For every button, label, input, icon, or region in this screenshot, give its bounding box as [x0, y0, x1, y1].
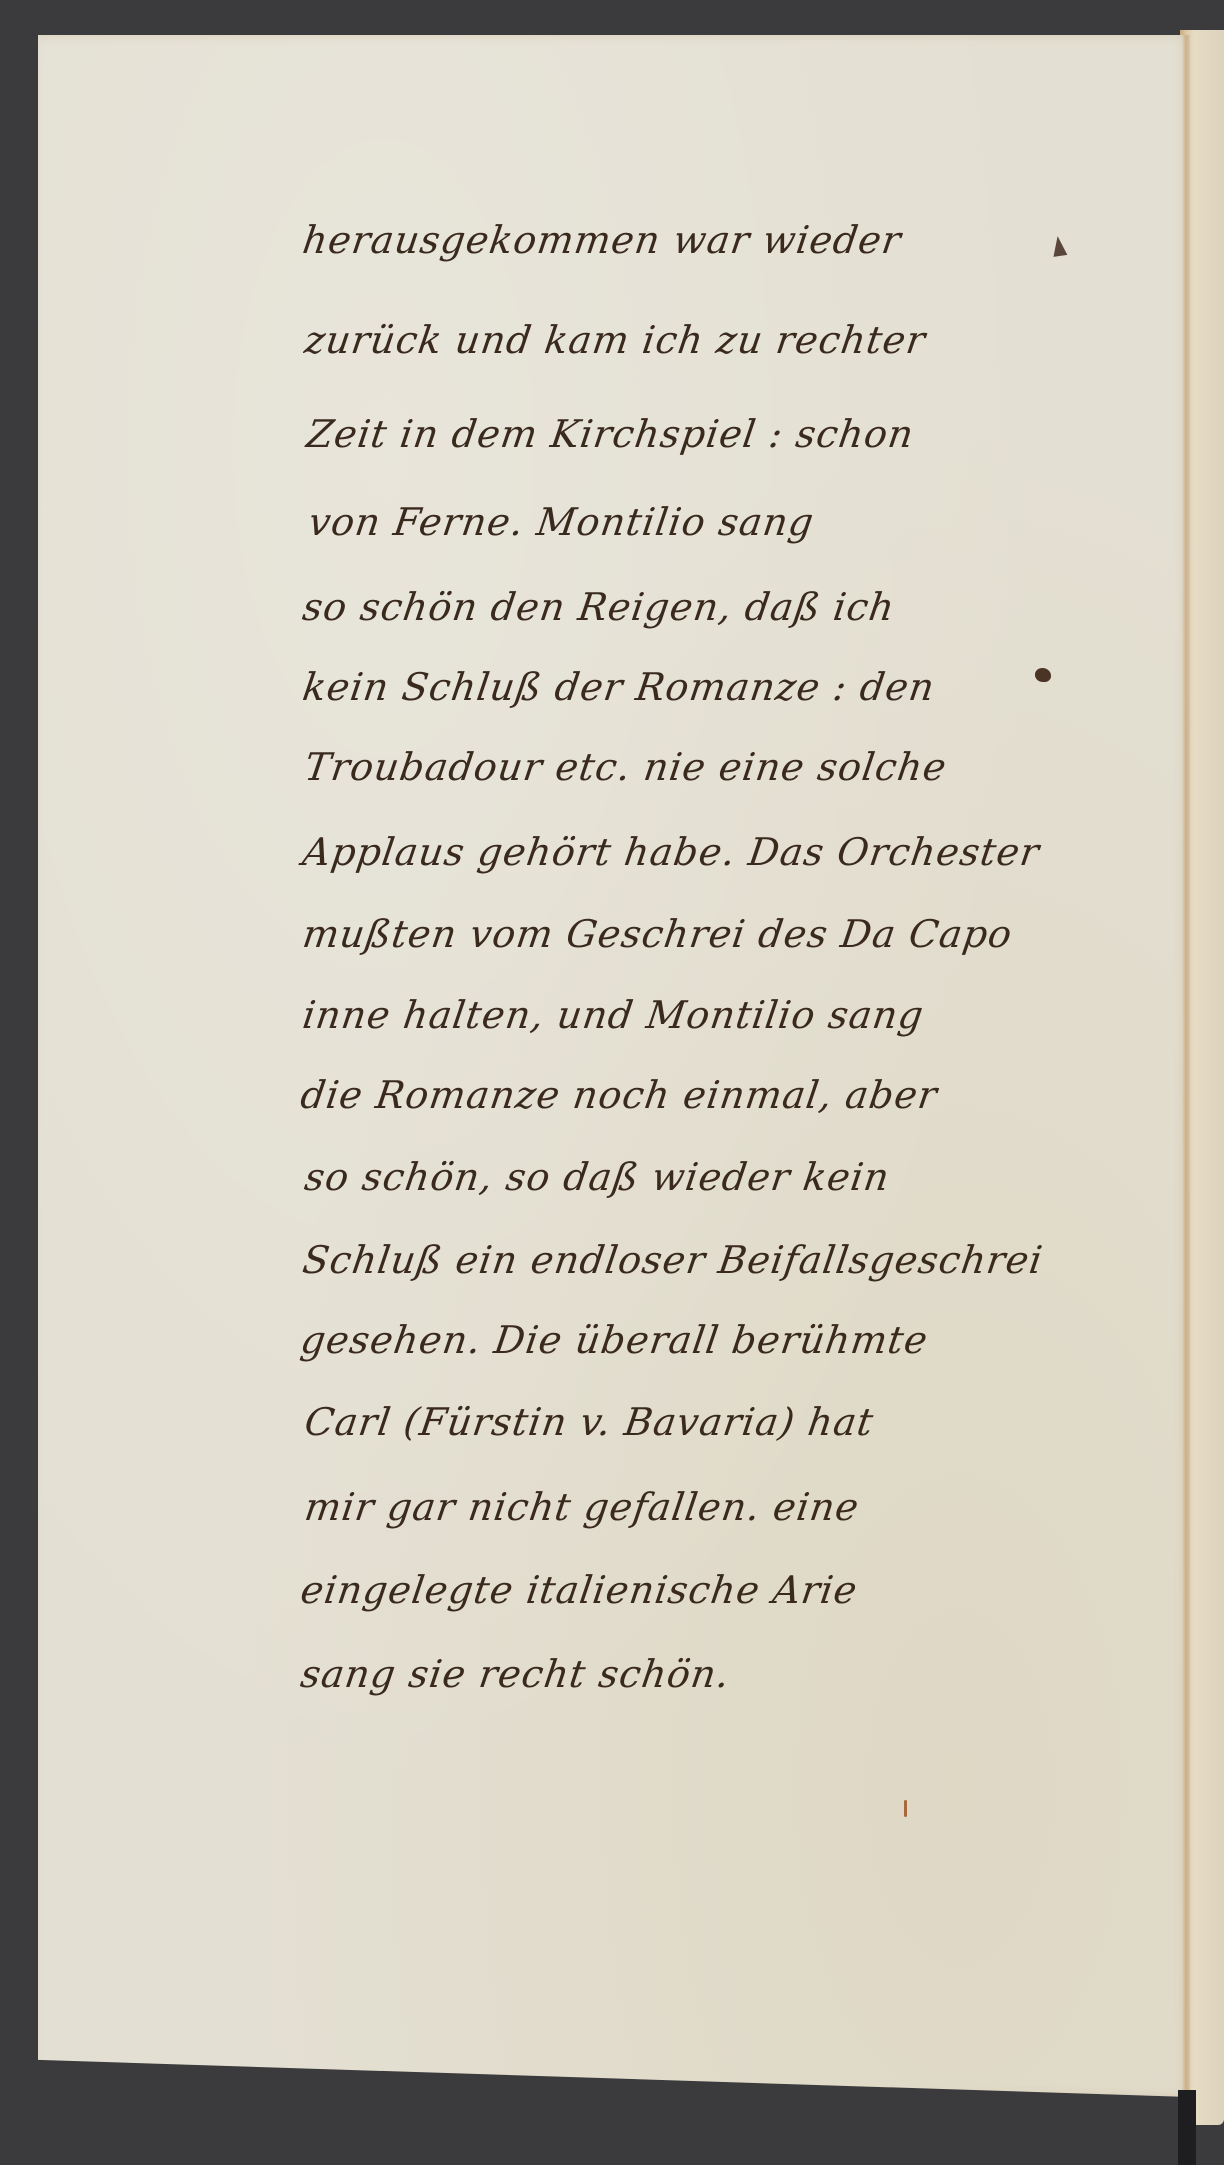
binding-edge — [1182, 35, 1190, 2097]
spine-shadow — [1178, 2090, 1196, 2165]
text-line-5: so schön den Reigen, daß ich — [300, 585, 898, 629]
text-line-7: Troubadour etc. nie eine solche — [302, 745, 950, 789]
text-line-12: so schön, so daß wieder kein — [302, 1155, 893, 1199]
text-line-8: Applaus gehört habe. Das Orchester — [300, 830, 1043, 874]
margin-tick — [904, 1800, 907, 1817]
text-line-2: zurück und kam ich zu rechter — [302, 318, 929, 362]
text-line-18: sang sie recht schön. — [298, 1652, 733, 1696]
ink-blot — [1035, 668, 1051, 682]
text-line-4: von Ferne. Montilio sang — [306, 500, 817, 544]
text-line-11: die Romanze noch einmal, aber — [298, 1073, 940, 1117]
text-line-6: kein Schluß der Romanze : den — [300, 665, 938, 709]
ink-triangle-mark — [1051, 235, 1068, 257]
text-line-3: Zeit in dem Kirchspiel : schon — [304, 412, 917, 456]
text-line-15: Carl (Fürstin v. Bavaria) hat — [302, 1400, 877, 1444]
text-line-16: mir gar nicht gefallen. eine — [302, 1485, 862, 1529]
text-line-13: Schluß ein endloser Beifallsgeschrei — [300, 1238, 1046, 1282]
text-line-9: mußten vom Geschrei des Da Capo — [300, 912, 1015, 956]
text-line-17: eingelegte italienische Arie — [298, 1568, 860, 1612]
text-line-10: inne halten, und Montilio sang — [300, 993, 927, 1037]
text-line-1: herausgekommen war wieder — [300, 218, 904, 262]
text-line-14: gesehen. Die überall berühmte — [298, 1318, 931, 1362]
